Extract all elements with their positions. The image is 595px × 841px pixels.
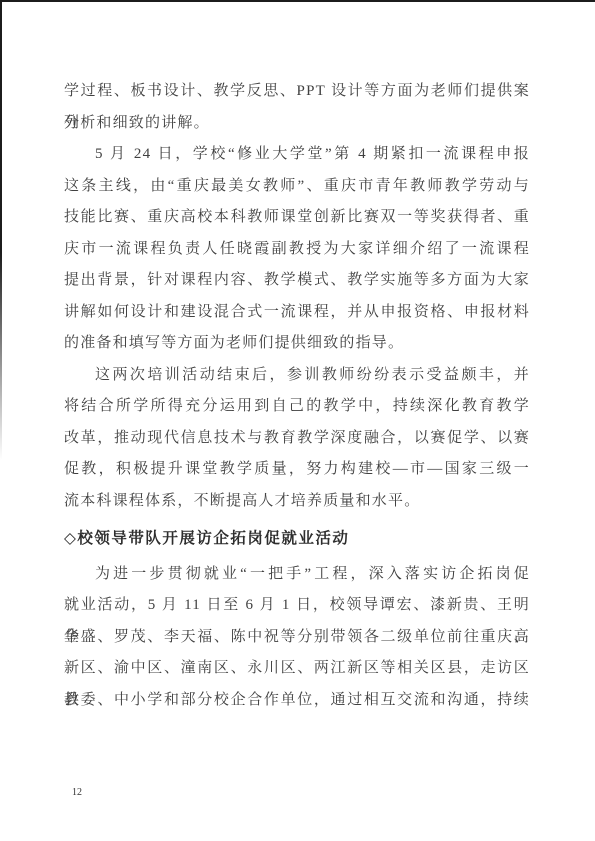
page-number: 12: [72, 787, 82, 798]
text-line: 促教，积极提升课堂教学质量，努力构建校—市—国家三级一: [64, 454, 530, 486]
text-line: 分析和细致的讲解。: [64, 108, 530, 140]
text-line: 将结合所学所得充分运用到自己的教学中，持续深化教育教学: [64, 391, 530, 423]
text-line: 庆市一流课程负责人任晓霞副教授为大家详细介绍了一流课程: [64, 234, 530, 266]
text-line: 金盛、罗茂、李天福、陈中祝等分别带领各二级单位前往重庆高: [64, 622, 530, 654]
text-line: 就业活动，5 月 11 日至 6 月 1 日，校领导谭宏、漆新贵、王明华、: [64, 590, 530, 622]
scan-edge-left: [0, 0, 2, 460]
text-line: 教委、中小学和部分校企合作单位，通过相互交流和沟通，持续: [64, 685, 530, 717]
text-line: 学过程、板书设计、教学反思、PPT 设计等方面为老师们提供案列: [64, 76, 530, 108]
text-line: 新区、渝中区、潼南区、永川区、两江新区等相关区县，走访区县: [64, 653, 530, 685]
text-line: 技能比赛、重庆高校本科教师课堂创新比赛双一等奖获得者、重: [64, 202, 530, 234]
text-line: 这条主线，由“重庆最美女教师”、重庆市青年教师教学劳动与: [64, 171, 530, 203]
text-line: 改革，推动现代信息技术与教育教学深度融合，以赛促学、以赛: [64, 423, 530, 455]
text-line: 这两次培训活动结束后，参训教师纷纷表示受益颇丰，并: [64, 360, 530, 392]
text-line: 5 月 24 日，学校“修业大学堂”第 4 期紧扣一流课程申报: [64, 139, 530, 171]
document-body: 学过程、板书设计、教学反思、PPT 设计等方面为老师们提供案列分析和细致的讲解。…: [64, 76, 530, 716]
scan-edge-top: [0, 0, 595, 2]
document-page: 学过程、板书设计、教学反思、PPT 设计等方面为老师们提供案列分析和细致的讲解。…: [0, 0, 595, 841]
text-line: 为进一步贯彻就业“一把手”工程，深入落实访企拓岗促: [64, 559, 530, 591]
text-line: 讲解如何设计和建设混合式一流课程，并从申报资格、申报材料: [64, 297, 530, 329]
text-line: 的准备和填写等方面为老师们提供细致的指导。: [64, 328, 530, 360]
text-line: 提出背景，针对课程内容、教学模式、教学实施等多方面为大家: [64, 265, 530, 297]
text-line: 流本科课程体系，不断提高人才培养质量和水平。: [64, 486, 530, 518]
section-heading: ◇校领导带队开展访企拓岗促就业活动: [64, 523, 530, 555]
